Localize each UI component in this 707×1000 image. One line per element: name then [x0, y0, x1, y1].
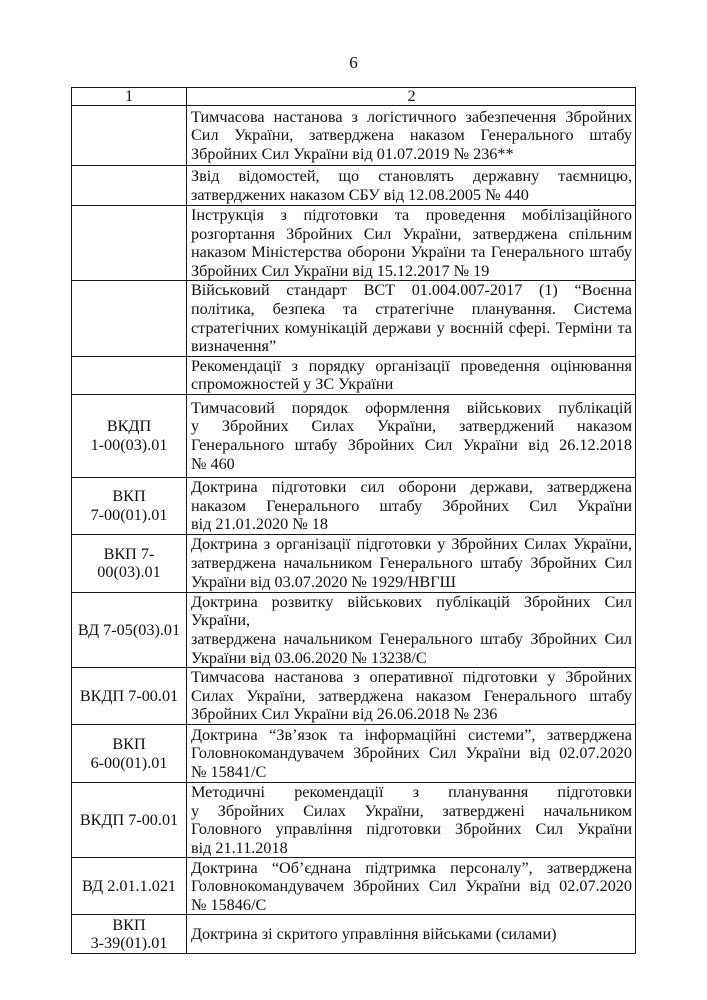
document-code: ВД 7-05(03).01	[74, 621, 184, 640]
document-title-cell: Доктрина “Зв’язок та інформаційні систем…	[187, 725, 636, 783]
document-title-cell: Доктрина “Об’єднана підтримка персоналу”…	[187, 858, 636, 915]
document-code: 6-00(01).01	[74, 754, 184, 773]
table-row: ВКДП 7-00.01Тимчасова настанова з операт…	[72, 668, 636, 725]
document-title-cell: Тимчасова настанова з логістичного забез…	[187, 106, 636, 166]
column-header: 2	[187, 88, 636, 106]
document-title-line: Методичні рекомендації з планування підг…	[191, 783, 632, 802]
document-title-line: у Збройних Силах України, затверджені на…	[191, 802, 632, 821]
document-code-cell: ВД 2.01.1.021	[72, 858, 187, 915]
document-code: ВКДП 7-00.01	[74, 687, 184, 706]
document-title-line: затверджена начальником Генерального шта…	[191, 630, 632, 649]
document-code: 1-00(03).01	[74, 436, 184, 455]
document-code-cell	[72, 166, 187, 206]
table-row: ВКП 7-00(03).01Доктрина з організації пі…	[72, 534, 636, 592]
table-row: Інструкція з підготовки та проведення мо…	[72, 206, 636, 281]
document-code: 3-39(01).01	[74, 934, 184, 953]
document-code: ВКДП 7-00.01	[74, 811, 184, 830]
document-title-line: Сил України, затверджена наказом Генерал…	[191, 126, 632, 145]
document-title-cell: Тимчасовий порядок оформлення військових…	[187, 394, 636, 477]
column-header: 1	[72, 88, 187, 106]
document-title-line: Генерального штабу Збройних Сил України …	[191, 436, 632, 455]
table-row: ВД 7-05(03).01Доктрина розвитку військов…	[72, 592, 636, 667]
document-title-line: у Збройних Силах України, затверджений н…	[191, 417, 632, 436]
document-title-line: Звід відомостей, що становлять державну …	[191, 167, 632, 186]
document-code-cell: ВКП6-00(01).01	[72, 725, 187, 783]
document-title-line: № 15846/С	[191, 896, 632, 915]
document-title-line: Доктрина зі скритого управління військам…	[191, 925, 632, 944]
table-row: ВКП6-00(01).01Доктрина “Зв’язок та інфор…	[72, 725, 636, 783]
document-code: ВКП	[74, 916, 184, 935]
document-title-line: політика, безпека та стратегічне планува…	[191, 300, 632, 319]
table-row: ВД 2.01.1.021Доктрина “Об’єднана підтрим…	[72, 858, 636, 915]
document-title-line: стратегічних комунікацій держави у воєнн…	[191, 319, 632, 338]
document-code-cell: ВКДП 7-00.01	[72, 783, 187, 858]
document-title-cell: Доктрина підготовки сил оборони держави,…	[187, 477, 636, 534]
document-title-line: спроможностей у ЗС України	[191, 375, 632, 394]
document-title-cell: Доктрина з організації підготовки у Збро…	[187, 534, 636, 592]
document-title-line: Доктрина підготовки сил оборони держави,…	[191, 478, 632, 497]
document-title-line: України від 03.06.2020 № 13238/С	[191, 649, 632, 668]
table-row: ВКДП 7-00.01Методичні рекомендації з пла…	[72, 783, 636, 858]
document-table: 1 2 Тимчасова настанова з логістичного з…	[71, 87, 636, 954]
document-code-cell: ВКП 7-00(03).01	[72, 534, 187, 592]
document-title-line: визначення”	[191, 337, 632, 356]
page-number: 6	[0, 53, 707, 73]
document-title-line: Головнокомандувачем Збройних Сил України…	[191, 744, 632, 763]
document-code: ВКП	[74, 487, 184, 506]
document-title-line: затверджена начальником Генерального шта…	[191, 554, 632, 573]
document-title-cell: Доктрина зі скритого управління військам…	[187, 915, 636, 954]
document-title-line: Силах України, затверджена наказом Генер…	[191, 687, 632, 706]
document-code-cell: ВД 7-05(03).01	[72, 592, 187, 667]
document-title-line: Головного управління підготовки Збройних…	[191, 820, 632, 839]
table-row: ВКП7-00(01).01Доктрина підготовки сил об…	[72, 477, 636, 534]
document-title-line: наказом Генерального штабу Збройних Сил …	[191, 497, 632, 516]
document-code-cell	[72, 206, 187, 281]
document-title-line: від 21.01.2020 № 18	[191, 515, 632, 534]
document-title-line: Доктрина розвитку військових публікацій …	[191, 593, 632, 630]
document-title-line: Тимчасовий порядок оформлення військових…	[191, 399, 632, 418]
document-title-line: Збройних Сил України від 01.07.2019 № 23…	[191, 145, 632, 164]
document-code: ВКП 7-00(03).01	[74, 545, 184, 582]
document-code-cell	[72, 356, 187, 394]
document-title-line: Доктрина “Зв’язок та інформаційні систем…	[191, 726, 632, 745]
document-title-line: Доктрина з організації підготовки у Збро…	[191, 535, 632, 554]
document-title-line: Інструкція з підготовки та проведення мо…	[191, 206, 632, 225]
document-code-cell: ВКДП1-00(03).01	[72, 394, 187, 477]
document-title-line: від 21.11.2018	[191, 839, 632, 858]
table-header-row: 1 2	[72, 88, 636, 106]
document-code-cell	[72, 106, 187, 166]
document-title-cell: Рекомендації з порядку організації прове…	[187, 356, 636, 394]
document-title-cell: Методичні рекомендації з планування підг…	[187, 783, 636, 858]
document-title-line: Тимчасова настанова з оперативної підгот…	[191, 668, 632, 687]
document-code: ВД 2.01.1.021	[74, 877, 184, 896]
table-row: Рекомендації з порядку організації прове…	[72, 356, 636, 394]
document-title-line: Головнокомандувачем Збройних Сил України…	[191, 877, 632, 896]
table-row: Звід відомостей, що становлять державну …	[72, 166, 636, 206]
document-code-cell: ВКП7-00(01).01	[72, 477, 187, 534]
document-title-line: затверджених наказом СБУ від 12.08.2005 …	[191, 186, 632, 205]
document-title-cell: Доктрина розвитку військових публікацій …	[187, 592, 636, 667]
document-code: ВКДП	[74, 417, 184, 436]
document-title-line: розгортання Збройних Сил України, затвер…	[191, 225, 632, 244]
document-title-line: Військовий стандарт ВСТ 01.004.007-2017 …	[191, 281, 632, 300]
document-title-cell: Інструкція з підготовки та проведення мо…	[187, 206, 636, 281]
document-title-cell: Звід відомостей, що становлять державну …	[187, 166, 636, 206]
document-title-line: Рекомендації з порядку організації прове…	[191, 357, 632, 376]
table-row: Тимчасова настанова з логістичного забез…	[72, 106, 636, 166]
table-row: ВКП3-39(01).01Доктрина зі скритого управ…	[72, 915, 636, 954]
document-title-line: Доктрина “Об’єднана підтримка персоналу”…	[191, 859, 632, 878]
document-title-line: Збройних Сил України від 26.06.2018 № 23…	[191, 705, 632, 724]
document-title-line: наказом Міністерства оборони України та …	[191, 243, 632, 262]
document-code-cell: ВКП3-39(01).01	[72, 915, 187, 954]
document-title-line: Збройних Сил України від 15.12.2017 № 19	[191, 262, 632, 281]
table-row: Військовий стандарт ВСТ 01.004.007-2017 …	[72, 281, 636, 356]
document-title-cell: Військовий стандарт ВСТ 01.004.007-2017 …	[187, 281, 636, 356]
document-title-line: № 15841/С	[191, 763, 632, 782]
document-title-line: України від 03.07.2020 № 1929/НВГШ	[191, 573, 632, 592]
document-code: 7-00(01).01	[74, 506, 184, 525]
document-title-line: Тимчасова настанова з логістичного забез…	[191, 108, 632, 127]
document-code-cell: ВКДП 7-00.01	[72, 668, 187, 725]
document-title-line: № 460	[191, 455, 632, 474]
document-code: ВКП	[74, 735, 184, 754]
table-row: ВКДП1-00(03).01Тимчасовий порядок оформл…	[72, 394, 636, 477]
document-code-cell	[72, 281, 187, 356]
document-title-cell: Тимчасова настанова з оперативної підгот…	[187, 668, 636, 725]
